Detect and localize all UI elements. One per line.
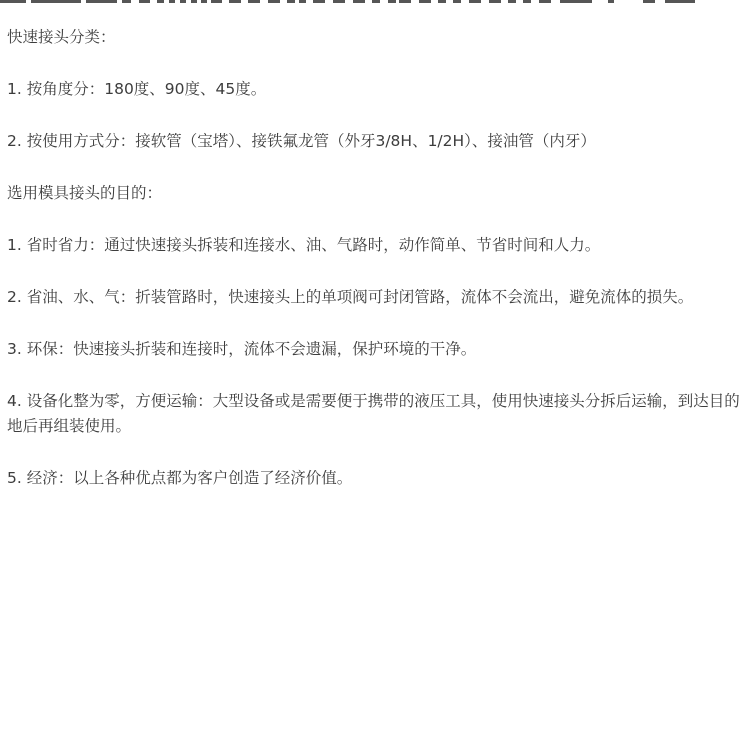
- section-heading-purpose: 选用模具接头的目的：: [7, 181, 744, 206]
- article-body: 快速接头分类： 1. 按角度分：180度、90度、45度。 2. 按使用方式分：…: [0, 0, 750, 518]
- paragraph-usage-types: 2. 按使用方式分：接软管（宝塔）、接铁氟龙管（外牙3/8H、1/2H）、接油管…: [7, 129, 744, 154]
- section-heading-classification: 快速接头分类：: [7, 25, 744, 50]
- page: { "page": { "background_color": "#ffffff…: [0, 0, 750, 750]
- paragraph-purpose-2: 2. 省油、水、气：折装管路时，快速接头上的单项阀可封闭管路，流体不会流出，避免…: [7, 285, 744, 310]
- paragraph-purpose-3: 3. 环保：快速接头折装和连接时，流体不会遗漏，保护环境的干净。: [7, 337, 744, 362]
- paragraph-purpose-1: 1. 省时省力：通过快速接头拆装和连接水、油、气路时，动作简单、节省时间和人力。: [7, 233, 744, 258]
- paragraph-purpose-5: 5. 经济：以上各种优点都为客户创造了经济价值。: [7, 466, 744, 491]
- paragraph-angle-types: 1. 按角度分：180度、90度、45度。: [7, 77, 744, 102]
- paragraph-purpose-4: 4. 设备化整为零，方便运输：大型设备或是需要便于携带的液压工具，使用快速接头分…: [7, 389, 744, 439]
